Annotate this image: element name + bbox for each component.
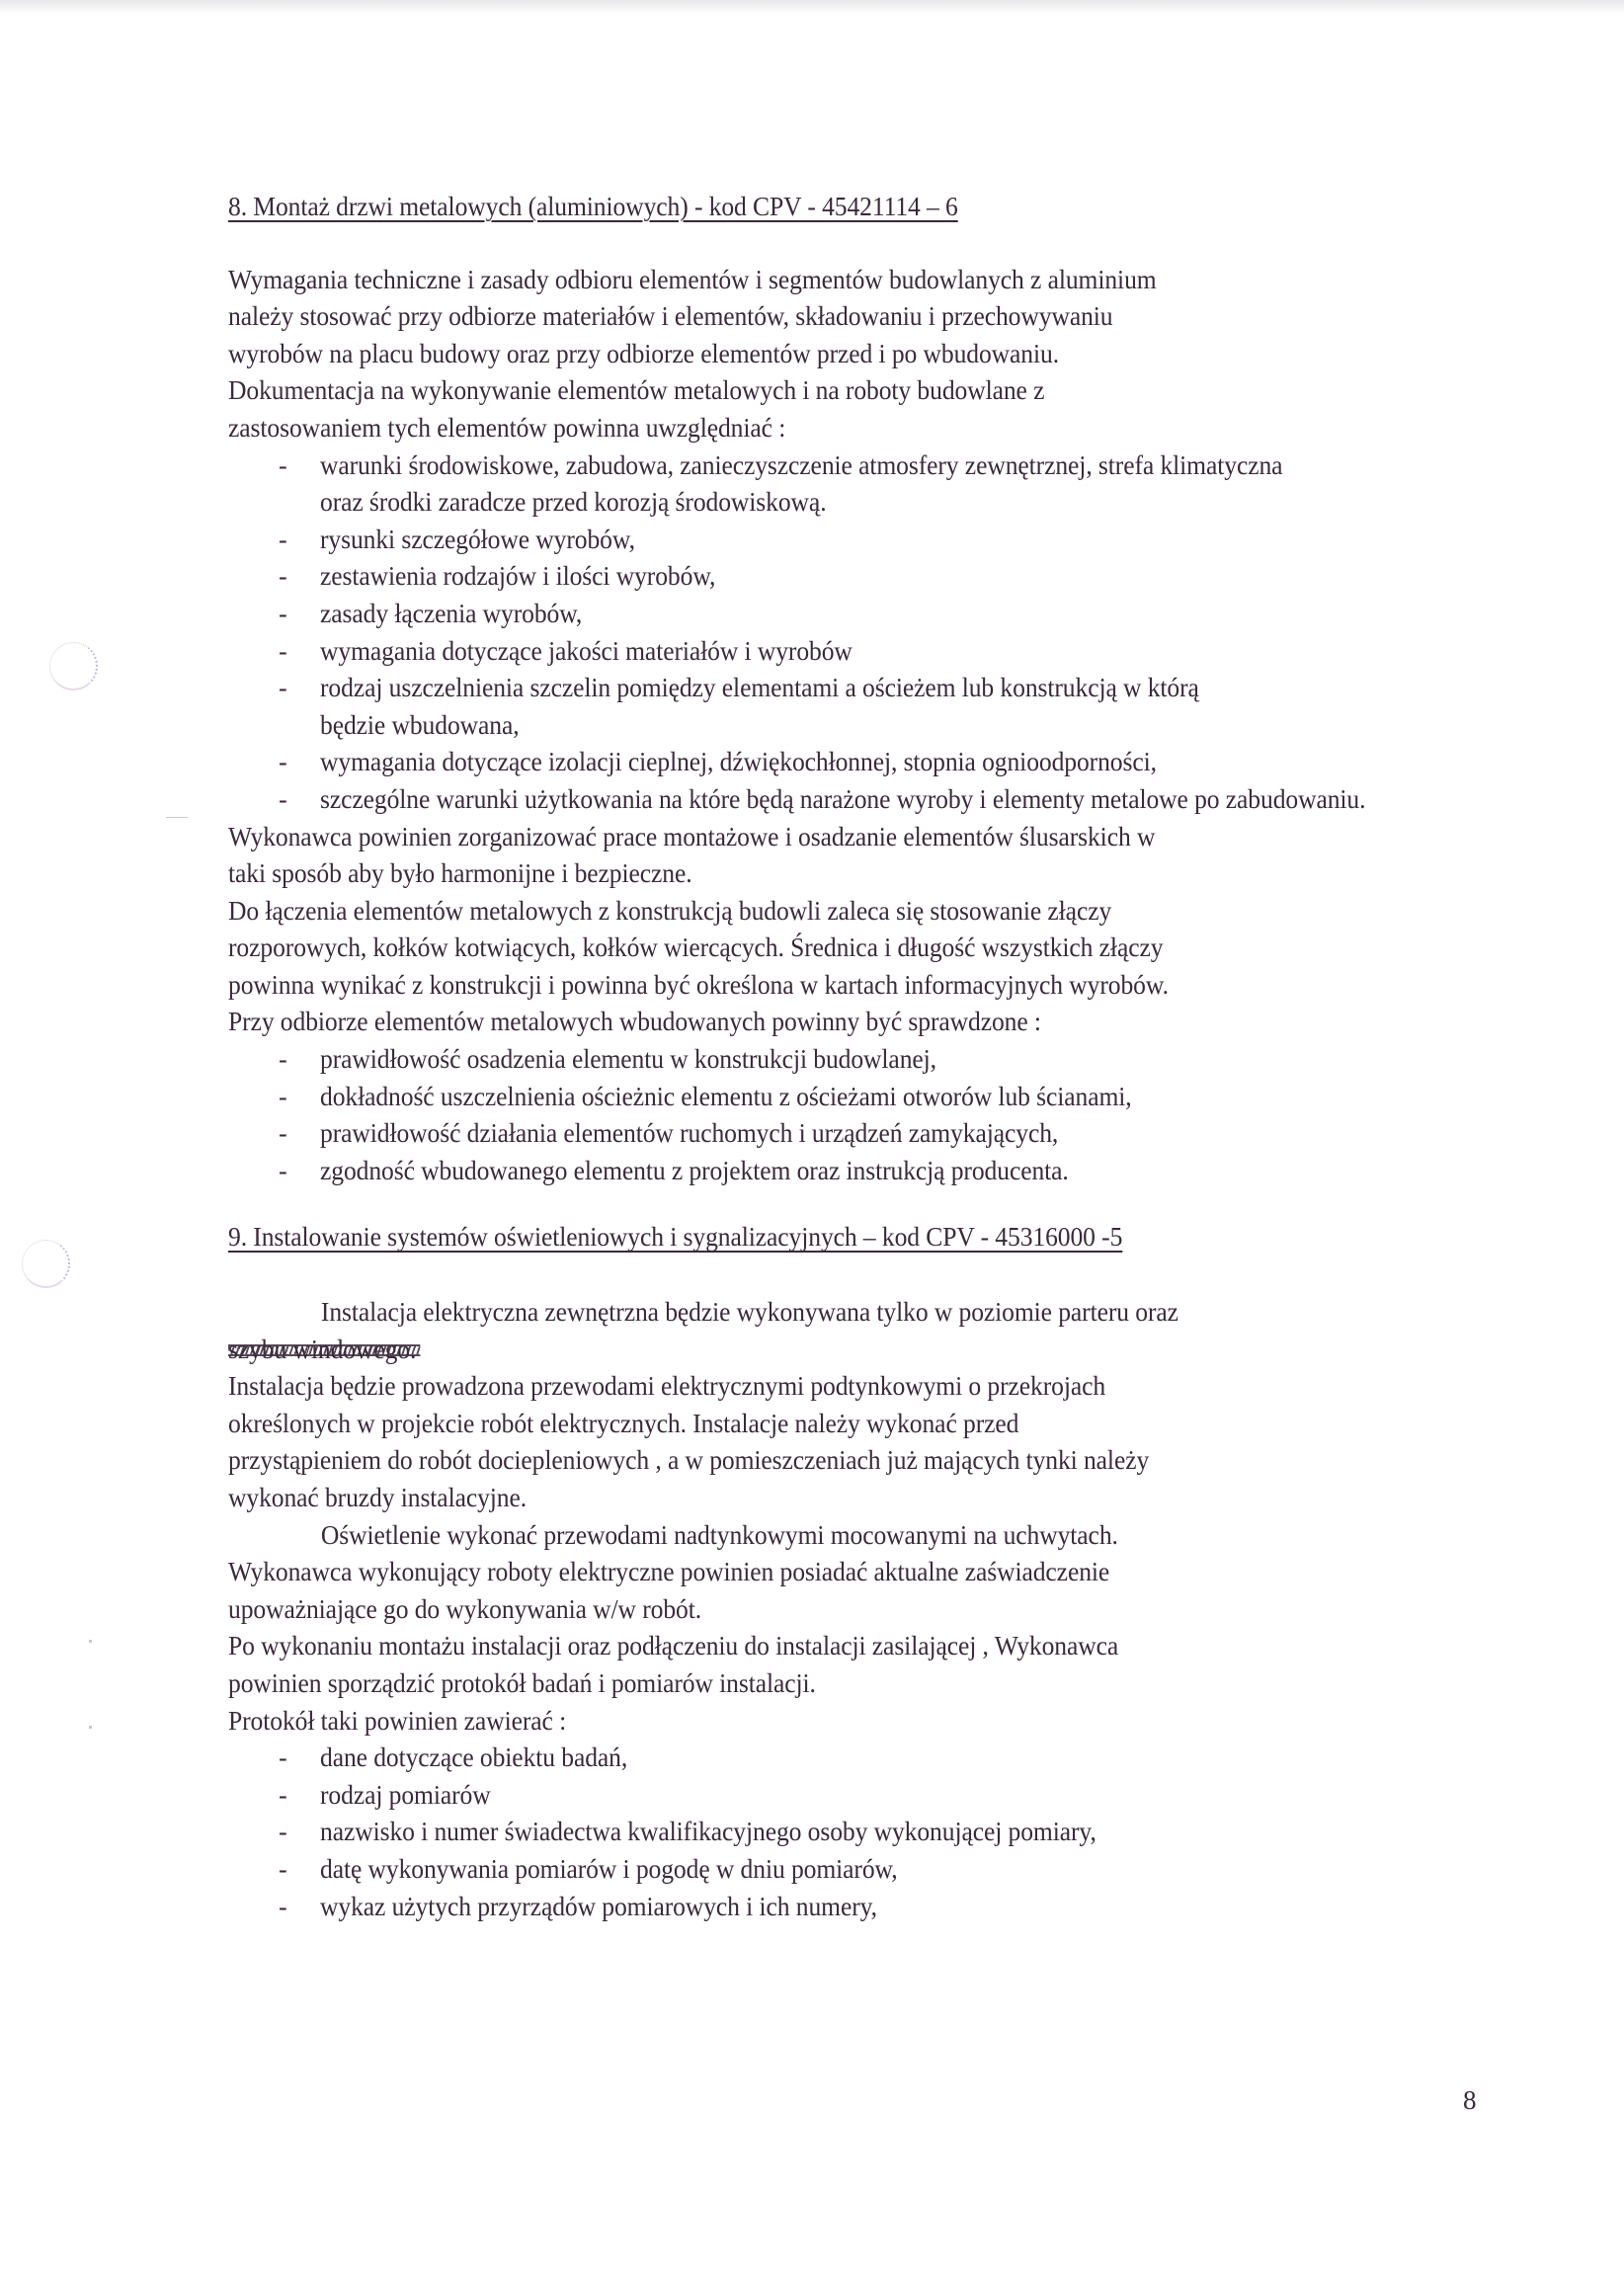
list-item: rysunki szczegółowe wyrobów, xyxy=(228,521,1422,558)
section-9-heading: 9. Instalowanie systemów oświetleniowych… xyxy=(228,1218,1422,1256)
text-line: Oświetlenie wykonać przewodami nadtynkow… xyxy=(228,1516,1422,1554)
scanned-page: 8. Montaż drzwi metalowych (aluminiowych… xyxy=(0,0,1624,2269)
section-9-paragraph: Instalacja będzie prowadzona przewodami … xyxy=(228,1367,1422,1515)
text-line: Do łączenia elementów metalowych z konst… xyxy=(228,892,1422,930)
text-line: Protokół taki powinien zawierać : xyxy=(228,1702,1422,1740)
list-item: warunki środowiskowe, zabudowa, zanieczy… xyxy=(228,446,1422,521)
list-item: wymagania dotyczące jakości materiałów i… xyxy=(228,632,1422,670)
list-item: wymagania dotyczące izolacji cieplnej, d… xyxy=(228,743,1422,780)
list-item: zgodność wbudowanego elementu z projekte… xyxy=(228,1152,1422,1189)
text-line: Wykonawca powinien zorganizować prace mo… xyxy=(228,818,1422,855)
section-8-intro: Wymagania techniczne i zasady odbioru el… xyxy=(228,261,1422,446)
punch-hole-mark xyxy=(49,642,98,690)
scan-mark xyxy=(166,817,188,818)
text-line: Instalacja będzie prowadzona przewodami … xyxy=(228,1367,1422,1405)
section-9-contractor: Wykonawca wykonujący roboty elektryczne … xyxy=(228,1553,1422,1739)
list-item: zasady łączenia wyrobów, xyxy=(228,595,1422,632)
list-item: dokładność uszczelnienia ościeżnic eleme… xyxy=(228,1078,1422,1115)
text-line: przystąpieniem do robót dociepleniowych … xyxy=(228,1441,1422,1479)
text-line: Wykonawca wykonujący roboty elektryczne … xyxy=(228,1553,1422,1590)
text-line: Wymagania techniczne i zasady odbioru el… xyxy=(228,261,1422,298)
text-line: zastosowaniem tych elementów powinna uwz… xyxy=(228,409,1422,446)
text-line: powinna wynikać z konstrukcji i powinna … xyxy=(228,966,1422,1004)
list-item: prawidłowość osadzenia elementu w konstr… xyxy=(228,1040,1422,1078)
text-line: upoważniające go do wykonywania w/w robó… xyxy=(228,1590,1422,1628)
section-8-heading: 8. Montaż drzwi metalowych (aluminiowych… xyxy=(228,188,1422,225)
list-item: dane dotyczące obiektu badań, xyxy=(228,1739,1422,1776)
document-body: 8. Montaż drzwi metalowych (aluminiowych… xyxy=(228,188,1422,1924)
text-line: Przy odbiorze elementów metalowych wbudo… xyxy=(228,1003,1422,1040)
text-line: wykonać bruzdy instalacyjne. xyxy=(228,1479,1422,1516)
text-line: określonych w projekcie robót elektryczn… xyxy=(228,1405,1422,1442)
struck-out-text: szybu windowego. xyxy=(228,1331,416,1368)
scan-mark xyxy=(89,1640,92,1643)
page-number: 8 xyxy=(1463,2085,1477,2116)
text-line: Po wykonaniu montażu instalacji oraz pod… xyxy=(228,1627,1422,1664)
struck-line: szybu windowego. xyxy=(228,1331,1422,1368)
scan-mark xyxy=(89,1726,92,1729)
text-line: należy stosować przy odbiorze materiałów… xyxy=(228,297,1422,335)
text-line: Dokumentacja na wykonywanie elementów me… xyxy=(228,371,1422,409)
text-line: taki sposób aby było harmonijne i bezpie… xyxy=(228,854,1422,892)
list-item: prawidłowość działania elementów ruchomy… xyxy=(228,1114,1422,1152)
text-line: Instalacja elektryczna zewnętrzna będzie… xyxy=(228,1293,1422,1331)
punch-hole-mark xyxy=(22,1240,70,1288)
scan-edge-shadow xyxy=(0,0,1624,14)
list-item: wykaz użytych przyrządów pomiarowych i i… xyxy=(228,1888,1422,1925)
list-item: datę wykonywania pomiarów i pogodę w dni… xyxy=(228,1850,1422,1888)
list-item: rodzaj uszczelnienia szczelin pomiędzy e… xyxy=(228,669,1422,743)
text-line: rozporowych, kołków kotwiących, kołków w… xyxy=(228,929,1422,966)
section-8-body: Wykonawca powinien zorganizować prace mo… xyxy=(228,818,1422,1041)
protocol-contents-list: dane dotyczące obiektu badań, rodzaj pom… xyxy=(228,1739,1422,1924)
text-line: wyrobów na placu budowy oraz przy odbior… xyxy=(228,335,1422,372)
documentation-requirements-list: warunki środowiskowe, zabudowa, zanieczy… xyxy=(228,446,1422,818)
list-item: nazwisko i numer świadectwa kwalifikacyj… xyxy=(228,1813,1422,1850)
list-item: szczególne warunki użytkowania na które … xyxy=(228,780,1422,818)
list-item: rodzaj pomiarów xyxy=(228,1776,1422,1814)
list-item: zestawienia rodzajów i ilości wyrobów, xyxy=(228,557,1422,595)
acceptance-check-list: prawidłowość osadzenia elementu w konstr… xyxy=(228,1040,1422,1188)
text-line: powinien sporządzić protokół badań i pom… xyxy=(228,1664,1422,1702)
